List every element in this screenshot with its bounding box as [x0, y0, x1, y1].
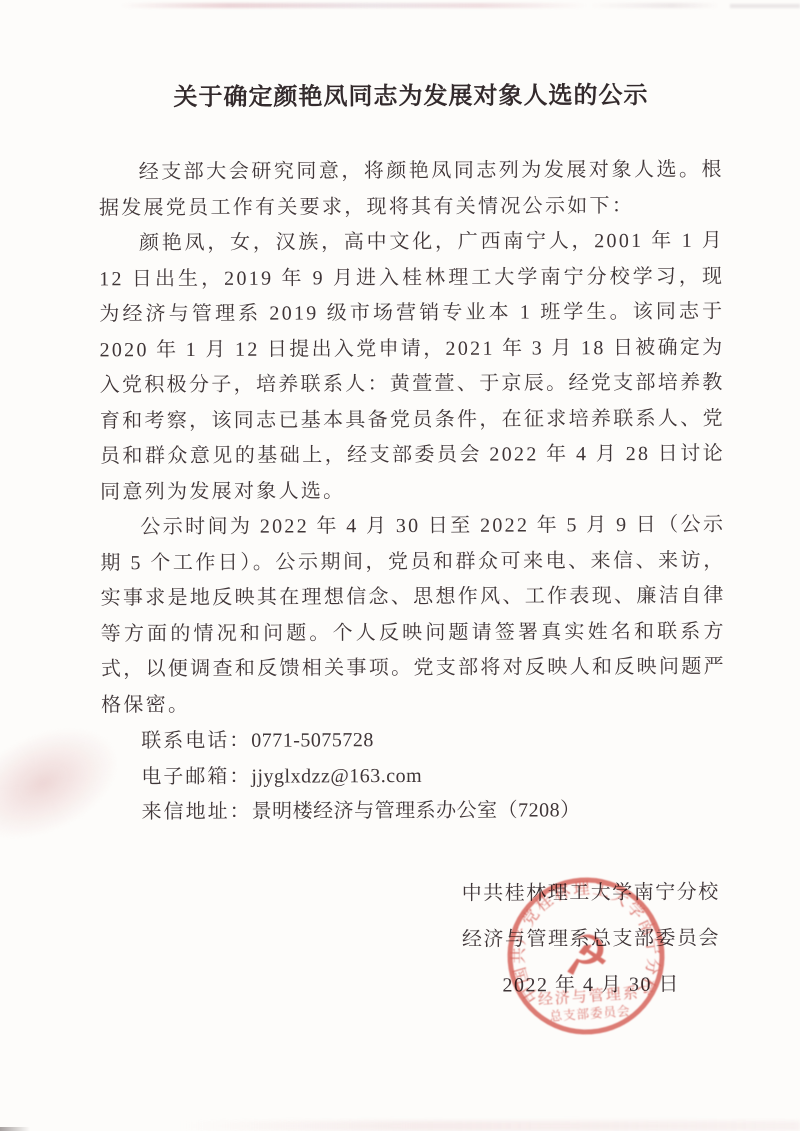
contact-email-line: 电子邮箱：jjyglxdzz@163.com [101, 757, 726, 795]
signature-org-line2: 经济与管理系总支部委员会 [455, 915, 727, 962]
notice-body: 关于确定颜艳凤同志为发展对象人选的公示 经支部大会研究同意，将颜艳凤同志列为发展… [98, 79, 726, 831]
contact-phone-value: 0771-5075728 [251, 729, 374, 752]
scan-artifact-top-streak-right [730, 4, 800, 8]
contact-email-label: 电子邮箱： [141, 765, 251, 787]
scan-artifact-top-streak [120, 3, 720, 8]
notice-title: 关于确定颜艳凤同志为发展对象人选的公示 [98, 79, 723, 116]
scan-artifact-corner-speck [0, 1127, 30, 1131]
signature-org-line1: 中共桂林理工大学南宁分校 [455, 869, 727, 916]
contact-address-label: 来信地址： [142, 801, 252, 823]
contact-phone-line: 联系电话：0771-5075728 [101, 722, 726, 760]
paragraph-bio: 颜艳凤，女，汉族，高中文化，广西南宁人，2001 年 1 月 12 日出生，20… [99, 224, 725, 511]
contact-phone-label: 联系电话： [141, 730, 251, 752]
contact-address-line: 来信地址：景明楼经济与管理系办公室（7208） [101, 793, 726, 831]
paragraph-opening: 经支部大会研究同意，将颜艳凤同志列为发展对象人选。根据发展党员工作有关要求，现将… [99, 153, 724, 227]
paragraph-publicity-period: 公示时间为 2022 年 4 月 30 日至 2022 年 5 月 9 日（公示… [100, 508, 726, 724]
scan-artifact-bottom-tint [180, 1121, 800, 1131]
contact-info-block: 联系电话：0771-5075728 电子邮箱：jjyglxdzz@163.com… [101, 722, 726, 831]
scanned-notice-page: 关于确定颜艳凤同志为发展对象人选的公示 经支部大会研究同意，将颜艳凤同志列为发展… [0, 0, 800, 1131]
contact-address-value: 景明楼经济与管理系办公室（7208） [252, 799, 581, 822]
signature-block: 中共桂林理工大学南宁分校 经济与管理系总支部委员会 2022 年 4 月 30 … [455, 869, 728, 1008]
contact-email-value: jjyglxdzz@163.com [251, 764, 422, 787]
signature-date: 2022 年 4 月 30 日 [455, 961, 727, 1008]
